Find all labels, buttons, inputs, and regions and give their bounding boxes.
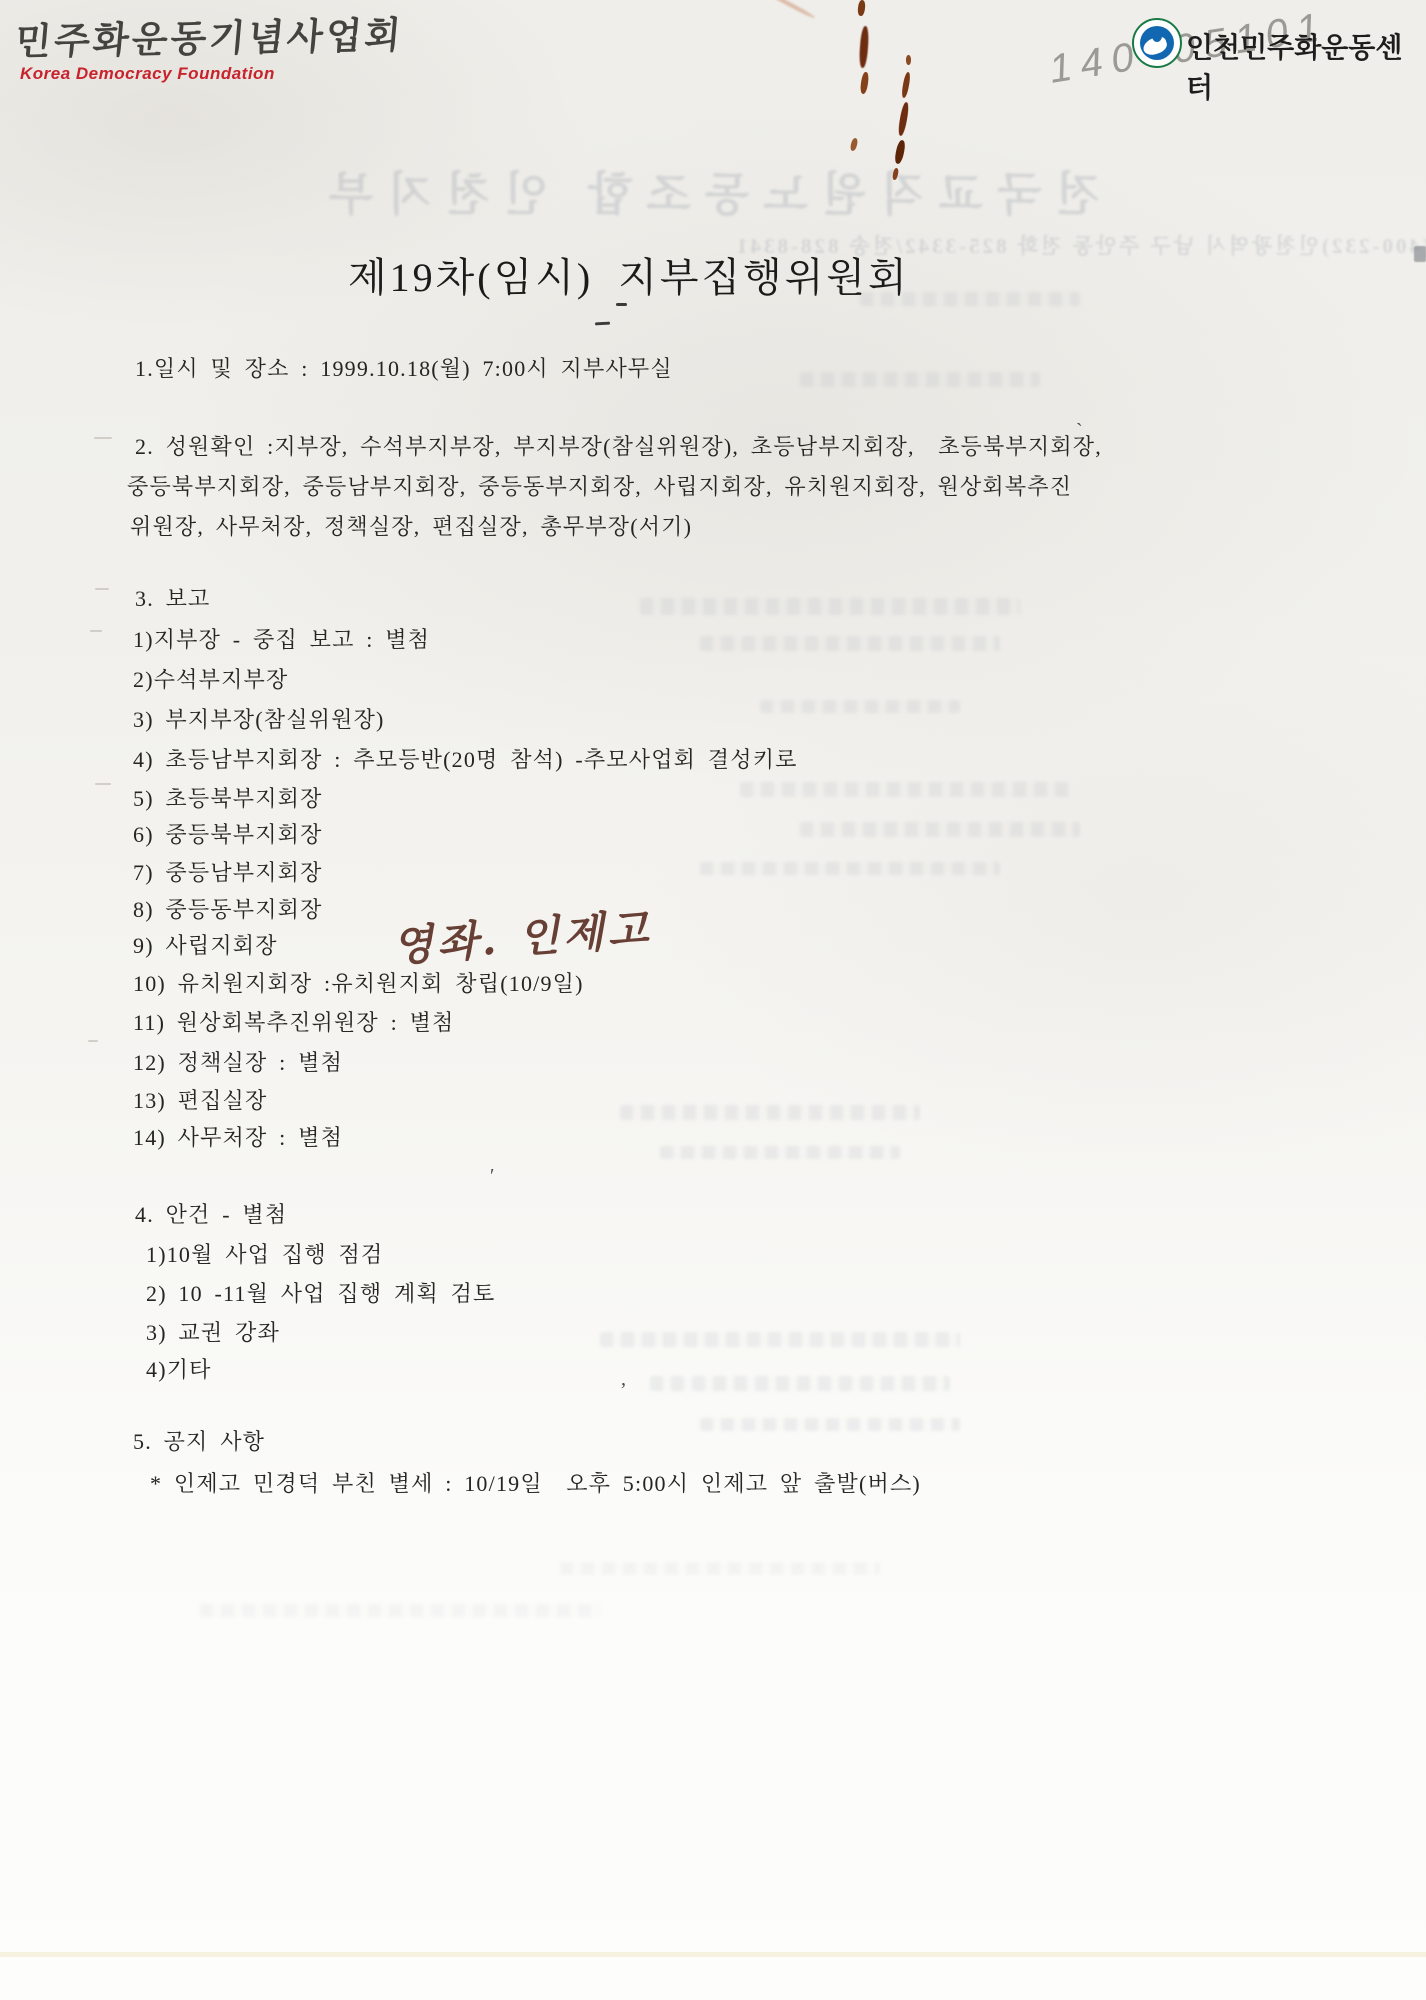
report-item-11: 11) 원상회복추진위원장 : 별첨	[133, 1006, 455, 1037]
report-item-10: 10) 유치원지회장 :유치원지회 창립(10/9일)	[133, 967, 584, 998]
emblem-wave-swirl2	[1152, 30, 1162, 42]
stain-mark	[762, 0, 815, 19]
scan-artifact-tick	[88, 1040, 98, 1042]
title-dash-mark	[616, 303, 627, 306]
report-item-5: 5) 초등북부지회장	[133, 782, 323, 813]
stain-mark	[901, 72, 911, 99]
stain-mark	[906, 55, 911, 65]
report-item-14: 14) 사무처장 : 별첨	[133, 1121, 343, 1152]
section2-line1: 2. 성원확인 :지부장, 수석부지부장, 부지부장(참실위원장), 초등남부지…	[135, 430, 1102, 461]
bleedthrough-smudge	[800, 822, 1080, 837]
scan-artifact-tick	[95, 783, 111, 785]
report-item-7: 7) 중등남부지회장	[133, 856, 323, 887]
kdf-logo-korean: 민주화운동기념사업회	[13, 5, 406, 66]
section3-heading: 3. 보고	[135, 582, 211, 613]
bleedthrough-smudge	[740, 782, 1070, 797]
page-edge-line	[0, 1952, 1426, 1957]
document-title: 제19차(임시) 지부집행위원회	[348, 246, 910, 303]
report-item-6: 6) 중등북부지회장	[133, 818, 323, 849]
section4-heading: 4. 안건 - 별첨	[135, 1198, 287, 1229]
scan-speck: ‚	[620, 1368, 627, 1391]
scan-speck: `	[1076, 420, 1083, 443]
bleedthrough-smudge	[660, 1146, 900, 1159]
stain-mark	[857, 0, 866, 16]
cutoff-bleedthrough-char	[1414, 246, 1426, 262]
bleedthrough-smudge	[700, 1418, 960, 1431]
bleedthrough-title: 전국교직원노동조합 인천지부	[300, 158, 1100, 224]
section1-date-place: 1.일시 및 장소 : 1999.10.18(월) 7:00시 지부사무실	[135, 352, 673, 383]
stain-mark	[897, 102, 910, 137]
agenda-item-2: 2) 10 -11월 사업 집행 계획 검토	[146, 1277, 496, 1308]
scan-speck: ′	[490, 1165, 494, 1188]
report-item-3: 3) 부지부장(참실위원장)	[133, 703, 385, 734]
scan-artifact-tick	[95, 588, 109, 590]
agenda-item-1: 1)10월 사업 집행 점검	[146, 1238, 383, 1269]
bleedthrough-smudge	[200, 1604, 600, 1617]
incheon-center-emblem-icon	[1132, 18, 1182, 68]
notice-item: * 인제고 민경덕 부친 별세 : 10/19일 오후 5:00시 인제고 앞 …	[150, 1467, 921, 1498]
bleedthrough-smudge	[700, 636, 1000, 651]
bleedthrough-smudge	[760, 700, 960, 713]
report-item-4: 4) 초등남부지회장 : 추모등반(20명 참석) -추모사업회 결성키로	[133, 743, 798, 774]
handwritten-annotation: 영좌. 인제고	[390, 896, 654, 974]
report-item-1: 1)지부장 - 중집 보고 : 별첨	[133, 623, 430, 654]
report-item-9: 9) 사립지회장	[133, 929, 278, 960]
section5-heading: 5. 공지 사항	[133, 1425, 265, 1456]
stain-mark	[850, 137, 859, 151]
report-item-12: 12) 정책실장 : 별첨	[133, 1046, 343, 1077]
bleedthrough-smudge	[620, 1105, 920, 1120]
scan-artifact-tick	[90, 630, 102, 632]
kdf-logo-english: Korea Democracy Foundation	[20, 64, 403, 84]
bleedthrough-smudge	[800, 372, 1040, 387]
agenda-item-4: 4)기타	[146, 1353, 212, 1384]
report-item-8: 8) 중등동부지회장	[133, 893, 323, 924]
incheon-center-logo-text: 인천민주화운동센터	[1186, 26, 1426, 106]
stain-mark	[860, 72, 870, 95]
bleedthrough-smudge	[700, 862, 1000, 875]
agenda-item-3: 3) 교권 강좌	[146, 1316, 280, 1347]
section2-line3: 위원장, 사무처장, 정책실장, 편집실장, 총무부장(서기)	[130, 510, 692, 541]
bleedthrough-smudge	[560, 1562, 880, 1575]
section2-line2: 중등북부지회장, 중등남부지회장, 중등동부지회장, 사립지회장, 유치원지회장…	[127, 470, 1072, 501]
bleedthrough-smudge	[650, 1376, 950, 1391]
scanned-document-page: 전국교직원노동조합 인천지부 (400-232)인천광역시 남구 주안동 전화 …	[0, 0, 1426, 2000]
kdf-logo: 민주화운동기념사업회 Korea Democracy Foundation	[16, 8, 403, 84]
bleedthrough-smudge	[600, 1332, 960, 1347]
stain-mark	[859, 26, 870, 68]
scan-artifact-tick	[94, 437, 112, 439]
bleedthrough-smudge	[640, 598, 1020, 615]
report-item-2: 2)수석부지부장	[133, 663, 288, 694]
title-dash-mark	[595, 322, 610, 326]
report-item-13: 13) 편집실장	[133, 1084, 267, 1115]
emblem-inner-circle	[1140, 26, 1174, 60]
